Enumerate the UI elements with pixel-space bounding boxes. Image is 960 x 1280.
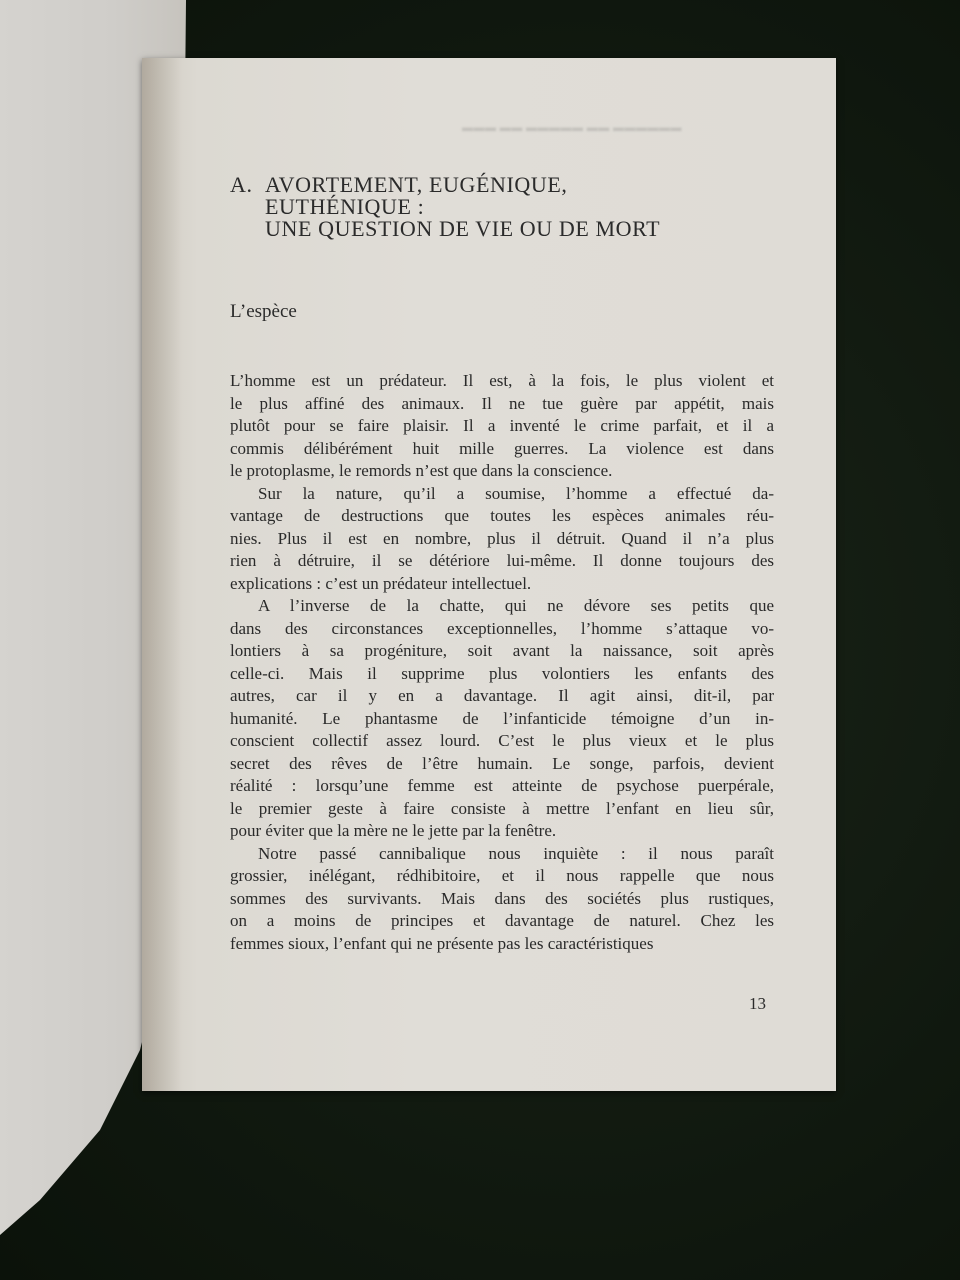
text-line: pour éviter que la mère ne le jette par …	[230, 820, 774, 843]
text-line: on a moins de principes et davantage de …	[230, 910, 774, 933]
chapter-title-line-2: EUTHÉNIQUE :	[230, 196, 790, 218]
text-line: Sur la nature, qu’il a soumise, l’homme …	[230, 483, 774, 506]
text-line: le premier geste à faire consiste à mett…	[230, 798, 774, 821]
section-title: L’espèce	[230, 301, 297, 323]
text-line: secret des rêves de l’être humain. Le so…	[230, 753, 774, 776]
text-line: commis délibérément huit mille guerres. …	[230, 438, 774, 461]
text-line: sommes des survivants. Mais dans des soc…	[230, 888, 774, 911]
paragraph: Notre passé cannibalique nous inquiète :…	[230, 843, 774, 956]
text-line: explications : c’est un prédateur intell…	[230, 573, 774, 596]
text-line: L’homme est un prédateur. Il est, à la f…	[230, 370, 774, 393]
text-line: humanité. Le phantasme de l’infanticide …	[230, 708, 774, 731]
text-line: plutôt pour se faire plaisir. Il a inven…	[230, 415, 774, 438]
text-line: femmes sioux, l’enfant qui ne présente p…	[230, 933, 774, 956]
text-line: vantage de destructions que toutes les e…	[230, 505, 774, 528]
paragraph: A l’inverse de la chatte, qui ne dévore …	[230, 595, 774, 843]
text-line: autres, car il y en a davantage. Il agit…	[230, 685, 774, 708]
text-line: conscient collectif assez lourd. C’est l…	[230, 730, 774, 753]
chapter-title: A. AVORTEMENT, EUGÉNIQUE, EUTHÉNIQUE : U…	[230, 174, 790, 240]
paragraph: Sur la nature, qu’il a soumise, l’homme …	[230, 483, 774, 596]
text-line: celle-ci. Mais il supprime plus volontie…	[230, 663, 774, 686]
text-line: dans des circonstances exceptionnelles, …	[230, 618, 774, 641]
text-line: Notre passé cannibalique nous inquiète :…	[230, 843, 774, 866]
paragraph: L’homme est un prédateur. Il est, à la f…	[230, 370, 774, 483]
text-line: le protoplasme, le remords n’est que dan…	[230, 460, 774, 483]
text-line: nies. Plus il est en nombre, plus il dét…	[230, 528, 774, 551]
text-line: le plus affiné des animaux. Il ne tue gu…	[230, 393, 774, 416]
text-line: lontiers à sa progéniture, soit avant la…	[230, 640, 774, 663]
text-line: réalité : lorsqu’une femme est atteinte …	[230, 775, 774, 798]
text-line: rien à détruire, il se détériore lui-mêm…	[230, 550, 774, 573]
chapter-label: A.	[230, 174, 265, 196]
show-through-running-head: ▬▬▬ ▬▬ ▬▬▬▬▬ ▬▬ ▬▬▬▬▬▬	[352, 122, 682, 134]
chapter-title-line-1: AVORTEMENT, EUGÉNIQUE,	[265, 174, 568, 196]
book-page: ▬▬▬ ▬▬ ▬▬▬▬▬ ▬▬ ▬▬▬▬▬▬ A. AVORTEMENT, EU…	[142, 58, 836, 1091]
body-text: L’homme est un prédateur. Il est, à la f…	[230, 370, 774, 955]
chapter-title-line-3: UNE QUESTION DE VIE OU DE MORT	[230, 218, 790, 240]
text-line: A l’inverse de la chatte, qui ne dévore …	[230, 595, 774, 618]
page-number: 13	[742, 994, 766, 1014]
text-line: grossier, inélégant, rédhibitoire, et il…	[230, 865, 774, 888]
